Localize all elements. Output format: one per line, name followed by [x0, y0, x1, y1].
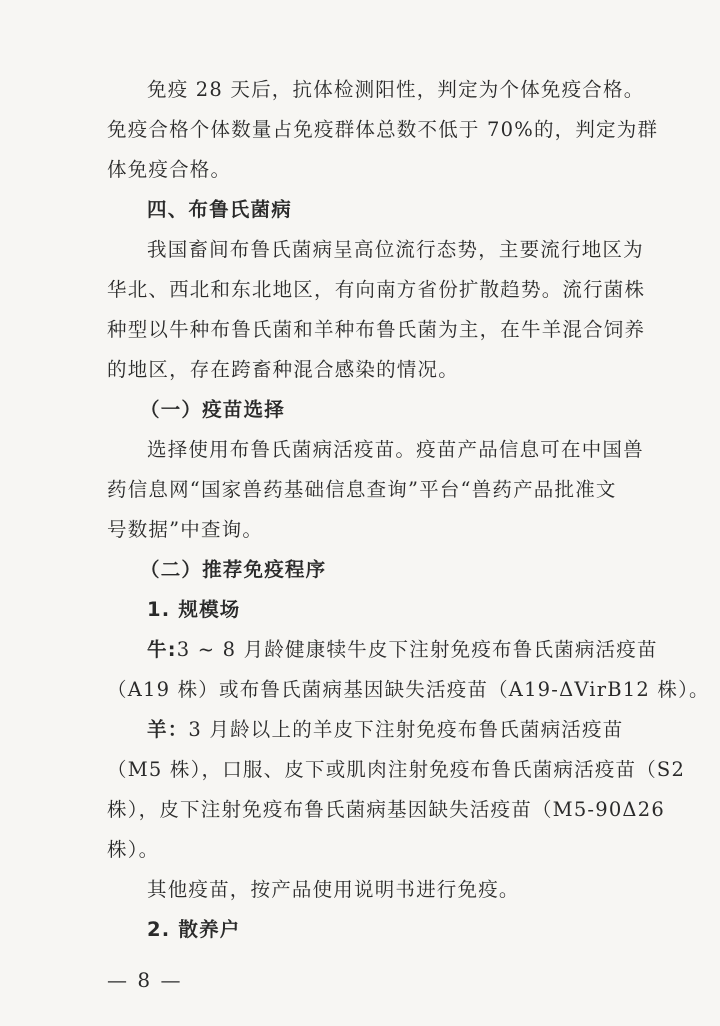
section-heading: （一）疫苗选择 — [140, 396, 285, 424]
section-heading: 四、布鲁氏菌病 — [147, 196, 292, 224]
paragraph-line: 药信息网“国家兽药基础信息查询”平台“兽药产品批准文 — [107, 476, 617, 504]
paragraph-line: 的地区，存在跨畜种混合感染的情况。 — [107, 356, 459, 384]
paragraph-line: 体免疫合格。 — [107, 156, 231, 184]
line-text: 3 月龄以上的羊皮下注射免疫布鲁氏菌病活疫苗 — [188, 718, 623, 741]
paragraph-line: 株）。 — [107, 836, 159, 864]
paragraph-line: （M5 株），口服、皮下或肌肉注射免疫布鲁氏菌病活疫苗（S2 — [107, 756, 685, 784]
paragraph-line: （A19 株）或布鲁氏菌病基因缺失活疫苗（A19-ΔVirB12 株）。 — [107, 676, 710, 704]
paragraph-line: 华北、西北和东北地区，有向南方省份扩散趋势。流行菌株 — [107, 276, 645, 304]
section-heading: 1. 规模场 — [147, 596, 240, 624]
species-label: 羊： — [147, 718, 188, 741]
section-heading: 2. 散养户 — [147, 916, 240, 944]
paragraph-line: 种型以牛种布鲁氏菌和羊种布鲁氏菌为主，在牛羊混合饲养 — [107, 316, 645, 344]
paragraph-line: 号数据”中查询。 — [107, 516, 263, 544]
paragraph-line: 我国畜间布鲁氏菌病呈高位流行态势，主要流行地区为 — [147, 236, 644, 264]
section-heading: （二）推荐免疫程序 — [140, 556, 326, 584]
paragraph-line: 株），皮下注射免疫布鲁氏菌病基因缺失活疫苗（M5-90Δ26 — [107, 796, 665, 824]
paragraph-line: 免疫 28 天后，抗体检测阳性，判定为个体免疫合格。 — [147, 76, 644, 104]
line-text: 3 ~ 8 月龄健康犊牛皮下注射免疫布鲁氏菌病活疫苗 — [177, 638, 658, 661]
paragraph-line: 其他疫苗，按产品使用说明书进行免疫。 — [147, 876, 520, 904]
paragraph-line: 选择使用布鲁氏菌病活疫苗。疫苗产品信息可在中国兽 — [147, 436, 644, 464]
species-label: 牛: — [147, 638, 177, 661]
paragraph-line: 牛:3 ~ 8 月龄健康犊牛皮下注射免疫布鲁氏菌病活疫苗 — [147, 636, 658, 664]
paragraph-line: 免疫合格个体数量占免疫群体总数不低于 70%的，判定为群 — [107, 116, 658, 144]
page-number: — 8 — — [107, 966, 182, 994]
document-page: 免疫 28 天后，抗体检测阳性，判定为个体免疫合格。免疫合格个体数量占免疫群体总… — [0, 0, 720, 1026]
paragraph-line: 羊：3 月龄以上的羊皮下注射免疫布鲁氏菌病活疫苗 — [147, 716, 623, 744]
